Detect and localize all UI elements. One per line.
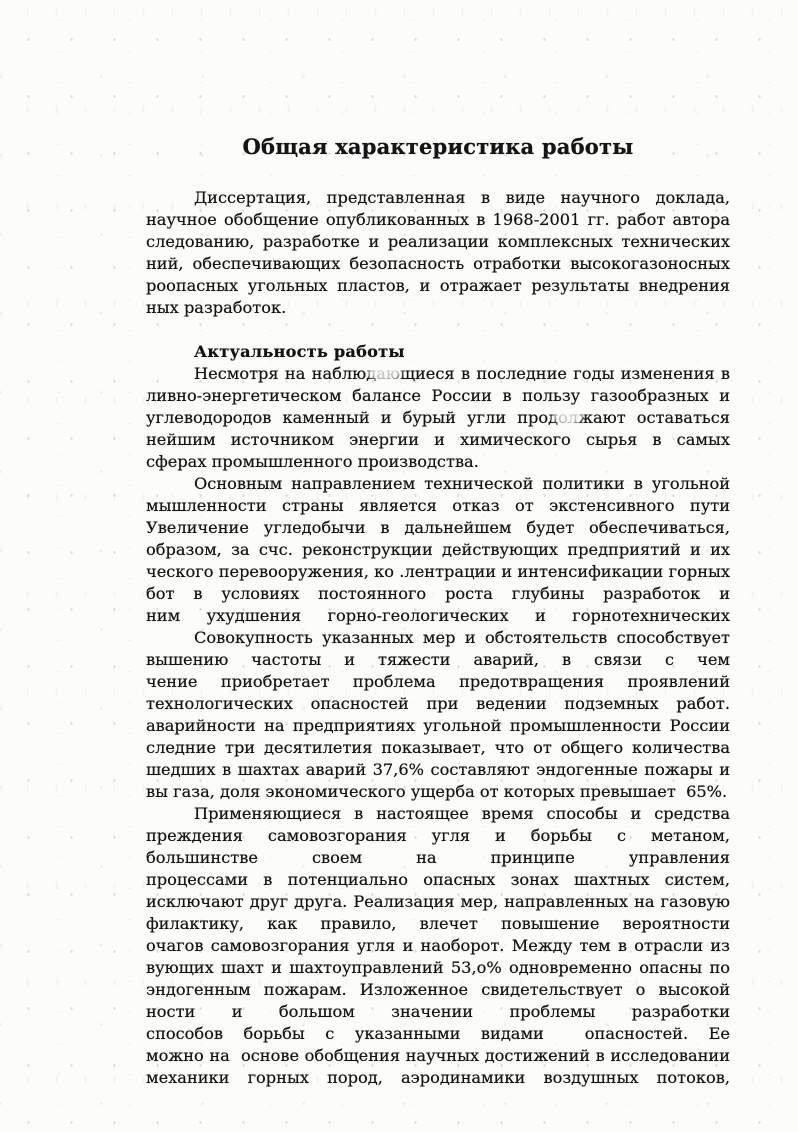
text-line: следованию, разработке и реализации комп… (146, 231, 730, 253)
text-line: вующих шахт и шахтоуправлений 53,о% одно… (146, 957, 730, 979)
document-body: Диссертация, представленная в виде научн… (146, 187, 730, 1089)
text-line: Применяющиеся в настоящее время способы … (146, 803, 730, 825)
text-line: шедших в шахтах аварий 37,6% составляют … (146, 759, 730, 781)
text-line: ности и большом значении проблемы разраб… (146, 1001, 730, 1023)
text-line: углеводородов каменный и бурый угли прод… (146, 407, 730, 429)
text-line: научное обобщение опубликованных в 1968-… (146, 209, 730, 231)
text-line: механики горных пород, аэродинамики возд… (146, 1067, 730, 1089)
text-line: ческого перевооружения, ко .лентрации и … (146, 561, 730, 583)
text-line: бот в условиях постоянного роста глубины… (146, 583, 730, 605)
paragraph: Несмотря на наблюдающиеся в последние го… (146, 363, 730, 473)
text-line: эндогенным пожарам. Изложенное свидетель… (146, 979, 730, 1001)
text-line: Увеличение угледобычи в дальнейшем будет… (146, 517, 730, 539)
text-line: ных разработок. (146, 297, 730, 319)
text-line: мышленности страны является отказ от экс… (146, 495, 730, 517)
text-line: Несмотря на наблюдающиеся в последние го… (146, 363, 730, 385)
text-line: Основным направлением технической полити… (146, 473, 730, 495)
text-line: ний, обеспечивающих безопасность отработ… (146, 253, 730, 275)
text-line: способов борьбы с указанными видами опас… (146, 1023, 730, 1045)
text-line: технологических опасностей при ведении п… (146, 693, 730, 715)
text-line: преждения самовозгорания угля и борьбы с… (146, 825, 730, 847)
document-text-block: Общая характеристика работы Диссертация,… (146, 135, 730, 1089)
text-line: вышению частоты и тяжести аварий, в связ… (146, 649, 730, 671)
text-line: чение приобретает проблема предотвращени… (146, 671, 730, 693)
section-heading: Актуальность работы (146, 341, 730, 363)
scanned-document-page: Общая характеристика работы Диссертация,… (0, 0, 798, 1132)
text-line: очагов самовозгорания угля и наоборот. М… (146, 935, 730, 957)
text-line: образом, за счс. реконструкции действующ… (146, 539, 730, 561)
text-line: можно на основе обобщения научных достиж… (146, 1045, 730, 1067)
text-line: ним ухудшения горно-геологических и горн… (146, 605, 730, 627)
text-line: вы газа, доля экономического ущерба от к… (146, 781, 730, 803)
text-line: процессами в потенциально опасных зонах … (146, 869, 730, 891)
text-line: аварийности на предприятиях угольной про… (146, 715, 730, 737)
paragraph: Совокупность указанных мер и обстоятельс… (146, 627, 730, 803)
paragraph: Применяющиеся в настоящее время способы … (146, 803, 730, 1089)
paragraph: Диссертация, представленная в виде научн… (146, 187, 730, 319)
text-line: исключают друг друга. Реализация мер, на… (146, 891, 730, 913)
text-line: ливно-энергетическом балансе России в по… (146, 385, 730, 407)
text-line: сферах промышленного производства. (146, 451, 730, 473)
document-title: Общая характеристика работы (146, 135, 730, 159)
text-line: Диссертация, представленная в виде научн… (146, 187, 730, 209)
text-line: Совокупность указанных мер и обстоятельс… (146, 627, 730, 649)
text-line: роопасных угольных пластов, и отражает р… (146, 275, 730, 297)
text-line: филактику, как правило, влечет повышение… (146, 913, 730, 935)
text-line: большинстве своем на принципе управления… (146, 847, 730, 869)
paragraph: Основным направлением технической полити… (146, 473, 730, 627)
text-line: нейшим источником энергии и химического … (146, 429, 730, 451)
text-line: следние три десятилетия показывает, что … (146, 737, 730, 759)
